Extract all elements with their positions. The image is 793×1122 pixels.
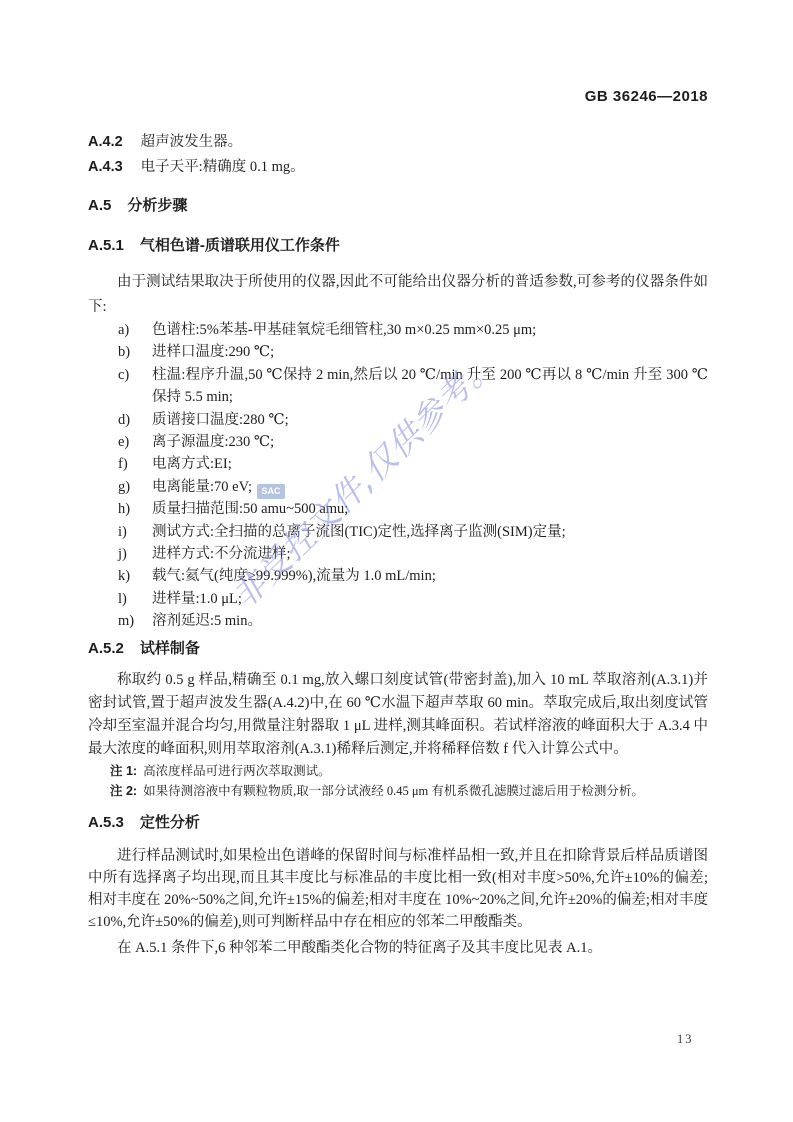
section-heading-a51: A.5.1气相色谱-质谱联用仪工作条件 xyxy=(88,236,708,256)
instrument-conditions-list: a)色谱柱:5%苯基-甲基硅氧烷毛细管柱,30 m×0.25 mm×0.25 μ… xyxy=(88,319,708,633)
clause-a43-text: 电子天平:精确度 0.1 mg。 xyxy=(141,159,305,175)
list-item-text: 进样量:1.0 μL; xyxy=(152,588,708,610)
note-1-text: 高浓度样品可进行两次萃取测试。 xyxy=(143,761,708,781)
list-item-text: 电离方式:EI; xyxy=(152,453,708,475)
section-heading-a5: A.5分析步骤 xyxy=(88,196,708,216)
list-item: l)进样量:1.0 μL; xyxy=(88,588,708,610)
clause-a42: A.4.2超声波发生器。 xyxy=(88,130,708,155)
note-1-label: 注 1: xyxy=(110,761,137,781)
section-a52-label: A.5.2 xyxy=(88,640,124,657)
list-item-text: 质量扫描范围:50 amu~500 amu; xyxy=(152,498,708,520)
note-1: 注 1:高浓度样品可进行两次萃取测试。 xyxy=(88,761,708,781)
list-item-text: 进样方式:不分流进样; xyxy=(152,543,708,565)
clause-a43-label: A.4.3 xyxy=(88,159,123,175)
list-item: d)质谱接口温度:280 ℃; xyxy=(88,409,708,431)
section-heading-a52: A.5.2试样制备 xyxy=(88,639,708,659)
list-item: c)柱温:程序升温,50 ℃保持 2 min,然后以 20 ℃/min 升至 2… xyxy=(88,364,708,409)
list-item-text: 载气:氦气(纯度≥99.999%),流量为 1.0 mL/min; xyxy=(152,565,708,587)
paragraph-a52: 称取约 0.5 g 样品,精确至 0.1 mg,放入螺口刻度试管(带密封盖),加… xyxy=(88,669,708,761)
note-2-text: 如果待测溶液中有颗粒物质,取一部分试液经 0.45 μm 有机系微孔滤膜过滤后用… xyxy=(143,781,708,801)
list-item: k)载气:氦气(纯度≥99.999%),流量为 1.0 mL/min; xyxy=(88,565,708,587)
section-a53-title: 定性分析 xyxy=(140,814,200,831)
list-item-marker: d) xyxy=(118,409,152,431)
list-item: g)电离能量:70 eV; xyxy=(88,476,708,498)
list-item-marker: f) xyxy=(118,453,152,475)
note-2: 注 2:如果待测溶液中有颗粒物质,取一部分试液经 0.45 μm 有机系微孔滤膜… xyxy=(88,781,708,801)
clause-a43: A.4.3电子天平:精确度 0.1 mg。 xyxy=(88,155,708,180)
list-item-text: 溶剂延迟:5 min。 xyxy=(152,610,708,632)
list-item: b)进样口温度:290 ℃; xyxy=(88,341,708,363)
note-2-label: 注 2: xyxy=(110,781,137,801)
list-item-text: 电离能量:70 eV; xyxy=(152,476,708,498)
section-a51-label: A.5.1 xyxy=(88,237,124,254)
list-item-text: 测试方式:全扫描的总离子流图(TIC)定性,选择离子监测(SIM)定量; xyxy=(152,521,708,543)
section-a52-title: 试样制备 xyxy=(140,640,200,657)
document-page: GB 36246—2018 A.4.2超声波发生器。 A.4.3电子天平:精确度… xyxy=(0,0,793,1122)
clause-a42-text: 超声波发生器。 xyxy=(141,134,243,150)
list-item-text: 色谱柱:5%苯基-甲基硅氧烷毛细管柱,30 m×0.25 mm×0.25 μm; xyxy=(152,319,708,341)
list-item: h)质量扫描范围:50 amu~500 amu; xyxy=(88,498,708,520)
list-item: f)电离方式:EI; xyxy=(88,453,708,475)
list-item-marker: e) xyxy=(118,431,152,453)
paragraph-a53-2: 在 A.5.1 条件下,6 种邻苯二甲酸酯类化合物的特征离子及其丰度比见表 A.… xyxy=(88,937,708,959)
clause-a42-label: A.4.2 xyxy=(88,134,123,150)
section-a51-title: 气相色谱-质谱联用仪工作条件 xyxy=(140,237,340,254)
list-item: a)色谱柱:5%苯基-甲基硅氧烷毛细管柱,30 m×0.25 mm×0.25 μ… xyxy=(88,319,708,341)
list-item-text: 质谱接口温度:280 ℃; xyxy=(152,409,708,431)
list-item-marker: c) xyxy=(118,364,152,409)
list-item-text: 进样口温度:290 ℃; xyxy=(152,341,708,363)
list-item-marker: b) xyxy=(118,341,152,363)
list-item-text: 柱温:程序升温,50 ℃保持 2 min,然后以 20 ℃/min 升至 200… xyxy=(152,364,708,409)
list-item-marker: g) xyxy=(118,476,152,498)
paragraph-a51-intro: 由于测试结果取决于所使用的仪器,因此不可能给出仪器分析的普适参数,可参考的仪器条… xyxy=(88,270,708,319)
standard-number-header: GB 36246—2018 xyxy=(88,88,708,106)
list-item-marker: a) xyxy=(118,319,152,341)
section-a5-label: A.5 xyxy=(88,197,111,214)
list-item-marker: i) xyxy=(118,521,152,543)
list-item: i)测试方式:全扫描的总离子流图(TIC)定性,选择离子监测(SIM)定量; xyxy=(88,521,708,543)
section-heading-a53: A.5.3定性分析 xyxy=(88,813,708,833)
list-item-marker: h) xyxy=(118,498,152,520)
page-number: 13 xyxy=(677,1032,694,1047)
list-item-marker: m) xyxy=(118,610,152,632)
list-item-marker: j) xyxy=(118,543,152,565)
list-item-marker: l) xyxy=(118,588,152,610)
paragraph-a53-1: 进行样品测试时,如果检出色谱峰的保留时间与标准样品相一致,并且在扣除背景后样品质… xyxy=(88,845,708,933)
list-item: j)进样方式:不分流进样; xyxy=(88,543,708,565)
section-a5-title: 分析步骤 xyxy=(127,197,187,214)
page-content: GB 36246—2018 A.4.2超声波发生器。 A.4.3电子天平:精确度… xyxy=(88,88,708,959)
list-item: m)溶剂延迟:5 min。 xyxy=(88,610,708,632)
list-item-marker: k) xyxy=(118,565,152,587)
section-a53-label: A.5.3 xyxy=(88,814,124,831)
list-item-text: 离子源温度:230 ℃; xyxy=(152,431,708,453)
list-item: e)离子源温度:230 ℃; xyxy=(88,431,708,453)
